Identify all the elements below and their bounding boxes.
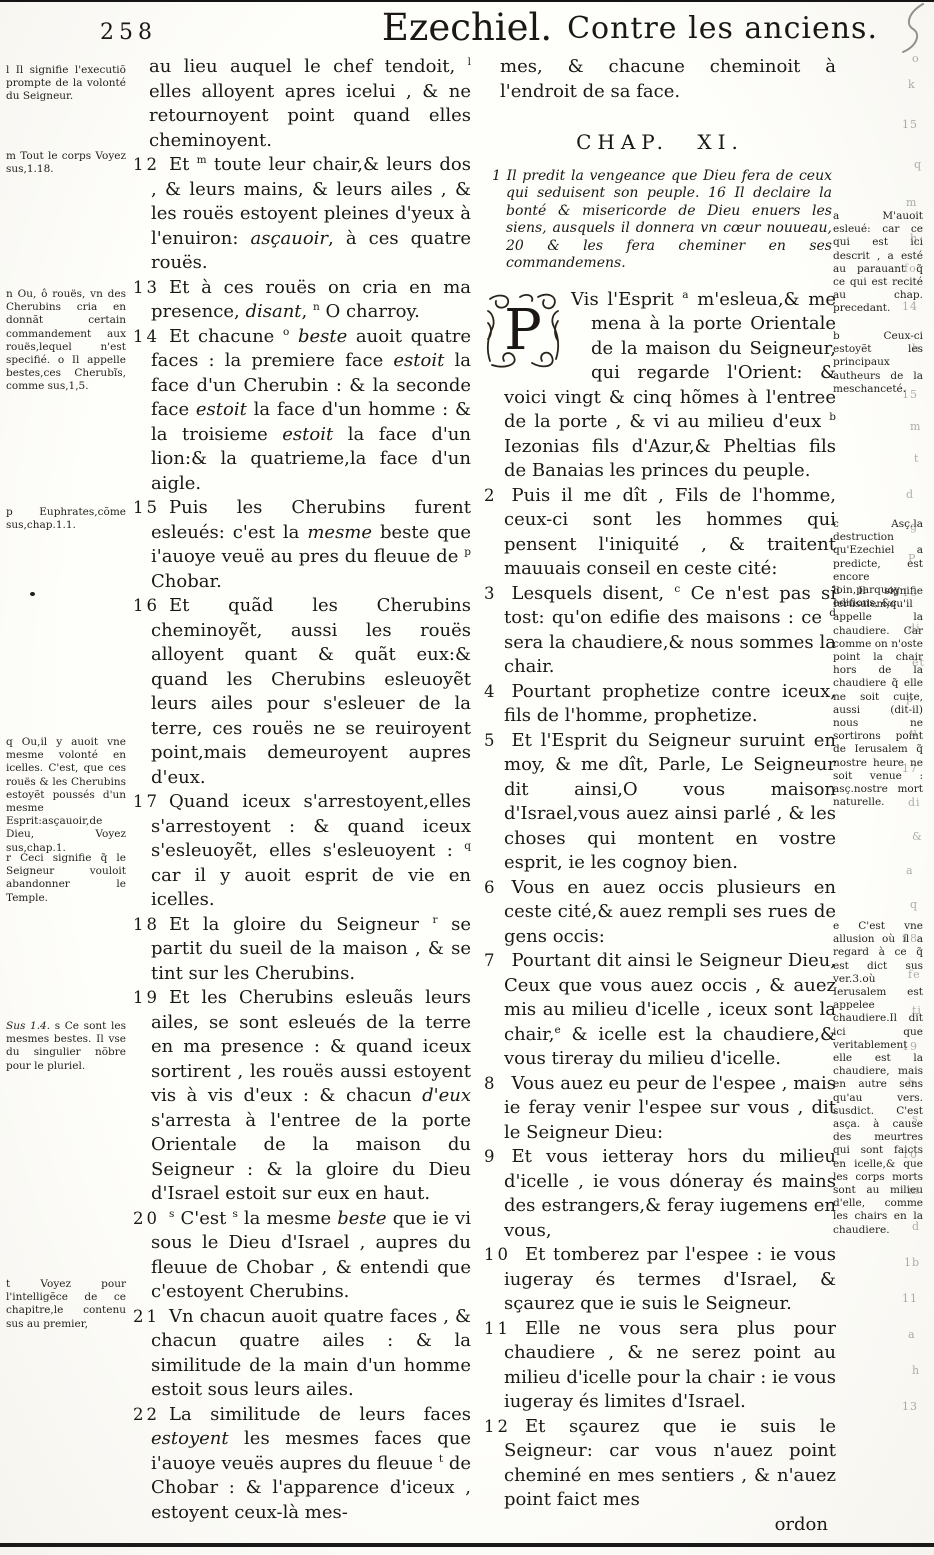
- verse-number: 12: [133, 155, 160, 174]
- verse-number: 19: [133, 988, 160, 1007]
- bleed-through-fragment: 1b: [904, 1256, 920, 1269]
- verse-text: Et vous ietteray hors du milieu d'icelle…: [504, 1146, 836, 1241]
- verse: 7Pourtant dit ainsi le Seigneur Dieu, Ce…: [484, 949, 836, 1072]
- verse-number: 21: [133, 1307, 160, 1326]
- margin-note: m Tout le corps Voyez sus,1.18.: [6, 150, 126, 176]
- margin-note: q Ou,il y auoit vne mesme volonté en ice…: [6, 736, 126, 855]
- handwriting-mark: [897, 2, 929, 54]
- verse-text: Lesquels disent, c Ce n'est pas si tost:…: [504, 583, 836, 678]
- verse-number: 15: [133, 498, 160, 517]
- verse-text: Et à ces rouës on cria en ma presence, d…: [151, 277, 471, 323]
- bleed-through-fragment: k: [908, 78, 916, 91]
- verse: 15Puis les Cherubins furent esleués: c'e…: [133, 496, 471, 594]
- margin-note: Sus 1.4. s Ce sont les mesmes bestes. Il…: [6, 1020, 126, 1073]
- verse-text: Vn chacun auoit quatre faces , & chacun …: [151, 1306, 471, 1401]
- verse-number: 16: [133, 596, 160, 615]
- bleed-through-fragment: b: [912, 342, 920, 355]
- column-continuation-paragraph: au lieu auquel le chef tendoit, l elles …: [133, 55, 471, 153]
- bleed-through-fragment: m: [906, 196, 917, 209]
- verse: 8Vous auez eu peur de l'espee , mais ie …: [484, 1072, 836, 1146]
- verse: 11Elle ne vous sera plus pour chaudiere …: [484, 1317, 836, 1415]
- verse: 12Et sçaurez que ie suis le Seigneur: ca…: [484, 1415, 836, 1513]
- bleed-through-fragment: fo: [904, 262, 917, 275]
- bleed-through-fragment: 15: [902, 388, 918, 401]
- bleed-through-fragment: 15: [902, 118, 918, 131]
- bleed-through-fragment: t: [914, 452, 919, 465]
- verse: 22La similitude de leurs faces estoyent …: [133, 1403, 471, 1526]
- bleed-through-fragment: P: [908, 552, 916, 565]
- verse-text: Et chacune o beste auoit quatre faces : …: [151, 326, 471, 494]
- verse: 20s C'est s la mesme beste que ie vi sou…: [133, 1207, 471, 1305]
- verse-text: Et l'Esprit du Seigneur suruint en moy, …: [504, 730, 836, 874]
- verse-number: 18: [133, 915, 160, 934]
- bleed-through-fragment: 19: [902, 1040, 918, 1053]
- bottom-rule: [0, 1543, 934, 1547]
- bleed-through-fragment: s: [912, 1112, 919, 1125]
- margin-note: t Voyez pour l'intelligẽce de ce chapitr…: [6, 1278, 126, 1331]
- bleed-through-fragment: 14: [902, 300, 918, 313]
- chapter-heading: CHAP. XI.: [484, 130, 836, 155]
- verse-text: Et quãd les Cherubins cheminoyẽt, aussi …: [151, 595, 471, 788]
- verse: 10Et tomberez par l'espee : ie vous iuge…: [484, 1243, 836, 1317]
- verse-number: 12: [484, 1417, 511, 1436]
- verse-text: Et les Cherubins esleuãs leurs ailes, se…: [151, 987, 471, 1204]
- ink-speck: [30, 592, 35, 596]
- bleed-through-fragment: 11: [902, 1292, 918, 1305]
- verse: 14Et chacune o beste auoit quatre faces …: [133, 325, 471, 497]
- bleed-through-fragment: p: [906, 692, 914, 705]
- column-continuation-paragraph: mes, & chacune cheminoit à l'endroit de …: [484, 55, 836, 104]
- verse: 12Et m toute leur chair,& leurs dos , & …: [133, 153, 471, 276]
- verse-number: 17: [133, 792, 160, 811]
- verse-number: 3: [484, 584, 498, 603]
- verse-number: 6: [484, 878, 498, 897]
- verse-text: s C'est s la mesme beste que ie vi sous …: [151, 1208, 471, 1303]
- bleed-through-fragment: q: [910, 898, 918, 911]
- bleed-through-fragment: q: [914, 158, 922, 171]
- verse-text: Et tomberez par l'espee : ie vous iugera…: [504, 1244, 836, 1314]
- bleed-through-fragment: fe: [908, 968, 921, 981]
- bleed-through-fragment: et: [912, 656, 925, 669]
- bleed-through-fragment: di: [908, 796, 921, 809]
- bleed-through-fragment: g: [910, 520, 918, 533]
- bleed-through-fragment: 13: [902, 1400, 918, 1413]
- verse-number: 4: [484, 682, 498, 701]
- bleed-through-fragment: d: [906, 488, 914, 501]
- bleed-through-fragment: a: [906, 864, 914, 877]
- verse: 2Puis il me dît , Fils de l'homme, ceux-…: [484, 484, 836, 582]
- verse-text: Quand iceux s'arrestoyent,elles s'arrest…: [151, 791, 471, 910]
- verse: P Vis l'Esprit a m'esleua,& me mena à la…: [484, 288, 836, 484]
- margin-note: p Euphrates,cõme sus,chap.1.1.: [6, 506, 126, 532]
- body-column-right: mes, & chacune cheminoit à l'endroit de …: [484, 55, 836, 1537]
- verse: 21Vn chacun auoit quatre faces , & chacu…: [133, 1305, 471, 1403]
- verse-number: 9: [484, 1147, 498, 1166]
- bleed-through-fragment: m: [910, 420, 921, 433]
- drop-cap-ornament-icon: P: [484, 291, 562, 369]
- bleed-through-fragment: ti: [912, 1004, 922, 1017]
- verse: 4Pourtant prophetize contre iceux, fils …: [484, 680, 836, 729]
- verse-number: 5: [484, 731, 498, 750]
- verse-text: Puis les Cherubins furent esleués: c'est…: [151, 497, 471, 592]
- bleed-through-fragment: h: [910, 232, 918, 245]
- bleed-through-fragment: &: [912, 830, 923, 843]
- verse-number: 8: [484, 1074, 498, 1093]
- bleed-through-fragment: d: [912, 1220, 920, 1233]
- verse: 18Et la gloire du Seigneur r se partit d…: [133, 913, 471, 987]
- verse-text: Pourtant dit ainsi le Seigneur Dieu, Ceu…: [504, 950, 836, 1069]
- body-column-left: au lieu auquel le chef tendoit, l elles …: [133, 55, 471, 1525]
- verse-number: 10: [484, 1245, 511, 1264]
- bleed-through-fragment: 10: [902, 1148, 918, 1161]
- margin-note: b Ceux-ci estoyẽt les principaux autheur…: [833, 330, 923, 396]
- verse-text: Et la gloire du Seigneur r se partit du …: [151, 914, 471, 984]
- verse: 16Et quãd les Cherubins cheminoyẽt, auss…: [133, 594, 471, 790]
- catchword: ordon: [484, 1513, 836, 1538]
- verse-text: La similitude de leurs faces estoyent le…: [151, 1404, 471, 1523]
- running-header: Contre les anciens.: [567, 11, 878, 46]
- verse: 17Quand iceux s'arrestoyent,elles s'arre…: [133, 790, 471, 913]
- verse-number: 20: [133, 1209, 160, 1228]
- verse-number: 7: [484, 951, 498, 970]
- verse-text: Pourtant prophetize contre iceux, fils d…: [504, 681, 836, 727]
- verse-text: Et sçaurez que ie suis le Seigneur: car …: [504, 1416, 836, 1511]
- bleed-through-fragment: a: [908, 1328, 916, 1341]
- verse: 13Et à ces rouës on cria en ma presence,…: [133, 276, 471, 325]
- verse-text: Vous auez eu peur de l'espee , mais ie f…: [504, 1073, 836, 1143]
- verse: 3Lesquels disent, c Ce n'est pas si tost…: [484, 582, 836, 680]
- bleed-through-fragment: 17: [902, 762, 918, 775]
- bleed-through-fragment: 16: [902, 586, 918, 599]
- top-rule: [0, 0, 934, 2]
- chapter-summary: 1 Il predit la vengeance que Dieu fera d…: [492, 168, 832, 273]
- verse: 5Et l'Esprit du Seigneur suruint en moy,…: [484, 729, 836, 876]
- bleed-through-fragment: 18: [902, 932, 918, 945]
- verse-number: 2: [484, 486, 498, 505]
- verse-number: 13: [133, 278, 160, 297]
- bleed-through-fragment: m: [908, 1184, 919, 1197]
- margin-note: l Il signifie l'executiõ prompte de la v…: [6, 64, 126, 104]
- verse: 9Et vous ietteray hors du milieu d'icell…: [484, 1145, 836, 1243]
- verse-text: Et m toute leur chair,& leurs dos , & le…: [151, 154, 471, 273]
- verse-text: Elle ne vous sera plus pour chaudiere , …: [504, 1318, 836, 1413]
- verse: 19Et les Cherubins esleuãs leurs ailes, …: [133, 986, 471, 1207]
- verse-number: 11: [484, 1319, 511, 1338]
- bleed-through-fragment: di: [908, 622, 921, 635]
- verse-text: Vous en auez occis plusieurs en ceste ci…: [504, 877, 836, 947]
- drop-cap-letter: P: [504, 298, 542, 363]
- bleed-through-fragment: b: [908, 1076, 916, 1089]
- margin-note: r Ceci signifie q̃ le Seigneur vouloit a…: [6, 852, 126, 905]
- verse-number: 22: [133, 1405, 160, 1424]
- verse-number: 14: [133, 327, 160, 346]
- verse-text: Puis il me dît , Fils de l'homme, ceux-c…: [504, 485, 836, 580]
- verse: 6Vous en auez occis plusieurs en ceste c…: [484, 876, 836, 950]
- bleed-through-fragment: h: [912, 1364, 920, 1377]
- bleed-through-fragment: u: [910, 726, 918, 739]
- margin-note: n Ou, ô rouës, vn des Cherubins cria en …: [6, 288, 126, 394]
- scanned-book-page: { "header": { "page_number": "258", "tit…: [0, 0, 934, 1555]
